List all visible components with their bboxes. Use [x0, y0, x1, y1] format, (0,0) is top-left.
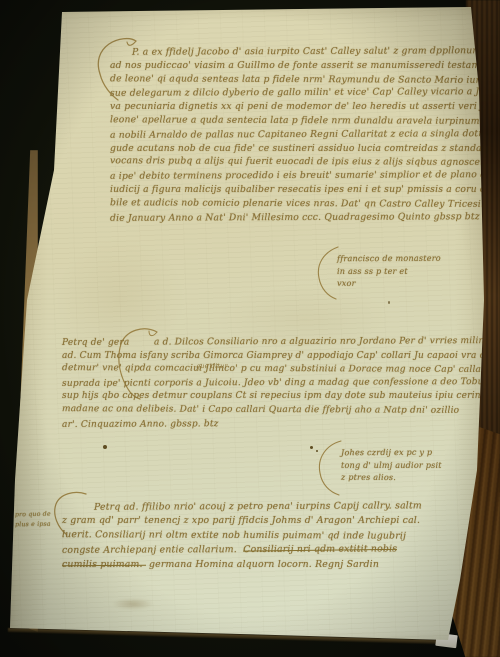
manuscript-line: ffrancisco de monastero [337, 252, 441, 265]
photo-background: P. a ex ffidelj Jacobo d' asia iurpito C… [0, 0, 500, 657]
manuscript-line: ad nos pudiccao' viasim a Guillmo de fon… [110, 59, 472, 73]
margin-note-left: pro quo deplus e ipsa [15, 510, 51, 530]
manuscript-line: gude acutans nob de cua fide' ce sustine… [110, 142, 472, 156]
manuscript-line: Johes czrdij ex pc y p [341, 446, 442, 459]
manuscript-line: die January Anno a Nat' Dni' Millesimo c… [110, 210, 472, 225]
manuscript-line: tong d' ulmj audior psit [341, 459, 442, 472]
manuscript-line: z ptres alios. [341, 471, 442, 484]
manuscript-line: ad. Cum Thoma isfany scriba Gimorca Giam… [62, 350, 480, 364]
text-segment: congste Archiepanj entie callarium. [62, 544, 243, 556]
manuscript-line: in ass ss p ter et [337, 265, 441, 278]
manuscript-line: iudicij a figura malicijs quibaliber res… [110, 183, 472, 197]
manuscript-line: bile et audicis nob comicio plenarie vic… [110, 196, 472, 211]
manuscript-line: vxor [337, 277, 441, 290]
ink-smudge [112, 598, 154, 610]
manuscript-line: plus e ipsa [15, 519, 51, 529]
manuscript-line: suprada ipe' picnti corporis a Juicoiu. … [62, 376, 480, 391]
ink-speck [103, 445, 107, 449]
manuscript-line: madane ac ona delibeis. Dat' i Capo call… [62, 403, 480, 418]
manuscript-line: z gram qd' parr' tenencj z xpo parij ffi… [62, 514, 462, 528]
manuscript-line: sup hijs qbo capes detmur couplans Ct si… [62, 390, 480, 404]
ink-speck [310, 446, 313, 449]
margin-note-2: Johes czrdij ex pc y ptong d' ulmj audio… [341, 446, 442, 484]
manuscript-entry-1: P. a ex ffidelj Jacobo d' asia iurpito C… [110, 45, 472, 224]
interlinear-insertion: que ditur [196, 362, 228, 370]
text-segment: germana Homina alquorn locorn. Regnj Sar… [146, 559, 379, 570]
manuscript-line: sue delegarum z dilcio dyberio de gallo … [110, 86, 472, 101]
manuscript-line: a ipe' debito terminens procedido i eis … [110, 168, 472, 183]
manuscript-entry-3: Petrq ad. ffilibo nrio' acouj z petro pe… [62, 500, 462, 572]
ink-speck [316, 450, 318, 452]
manuscript-page: P. a ex ffidelj Jacobo d' asia iurpito C… [0, 0, 500, 657]
manuscript-line: ar'. Cinquazimo Anno. gbssp. btz [62, 417, 480, 432]
manuscript-line: P. a ex ffidelj Jacobo d' asia iurpito C… [110, 44, 472, 59]
manuscript-line: va pecuniaria dignetis xx qi peni de mod… [110, 100, 472, 114]
manuscript-line: cumilis puimam. germana Homina alquorn l… [62, 558, 462, 572]
manuscript-line: congste Archiepanj entie callarium. Cons… [62, 542, 462, 558]
ink-speck [388, 301, 390, 304]
manuscript-line: a nobili Arnaldo de pallas nuc Capitaneo… [110, 127, 472, 142]
struck-text: cumilis puimam. [62, 559, 146, 570]
margin-note-1: ffrancisco de monasteroin ass ss p ter e… [337, 252, 441, 290]
manuscript-line: leone' apellarue a quda sentecia lata p … [110, 113, 472, 128]
manuscript-entry-2: Petrq de' gera a d. Dilcos Consiliario n… [62, 336, 480, 431]
manuscript-line: Petrq de' gera a d. Dilcos Consiliario n… [62, 335, 480, 350]
struck-text: Consiliarij nri qdm extitit nobis [243, 544, 397, 556]
manuscript-line: Petrq ad. ffilibo nrio' acouj z petro pe… [62, 499, 462, 515]
